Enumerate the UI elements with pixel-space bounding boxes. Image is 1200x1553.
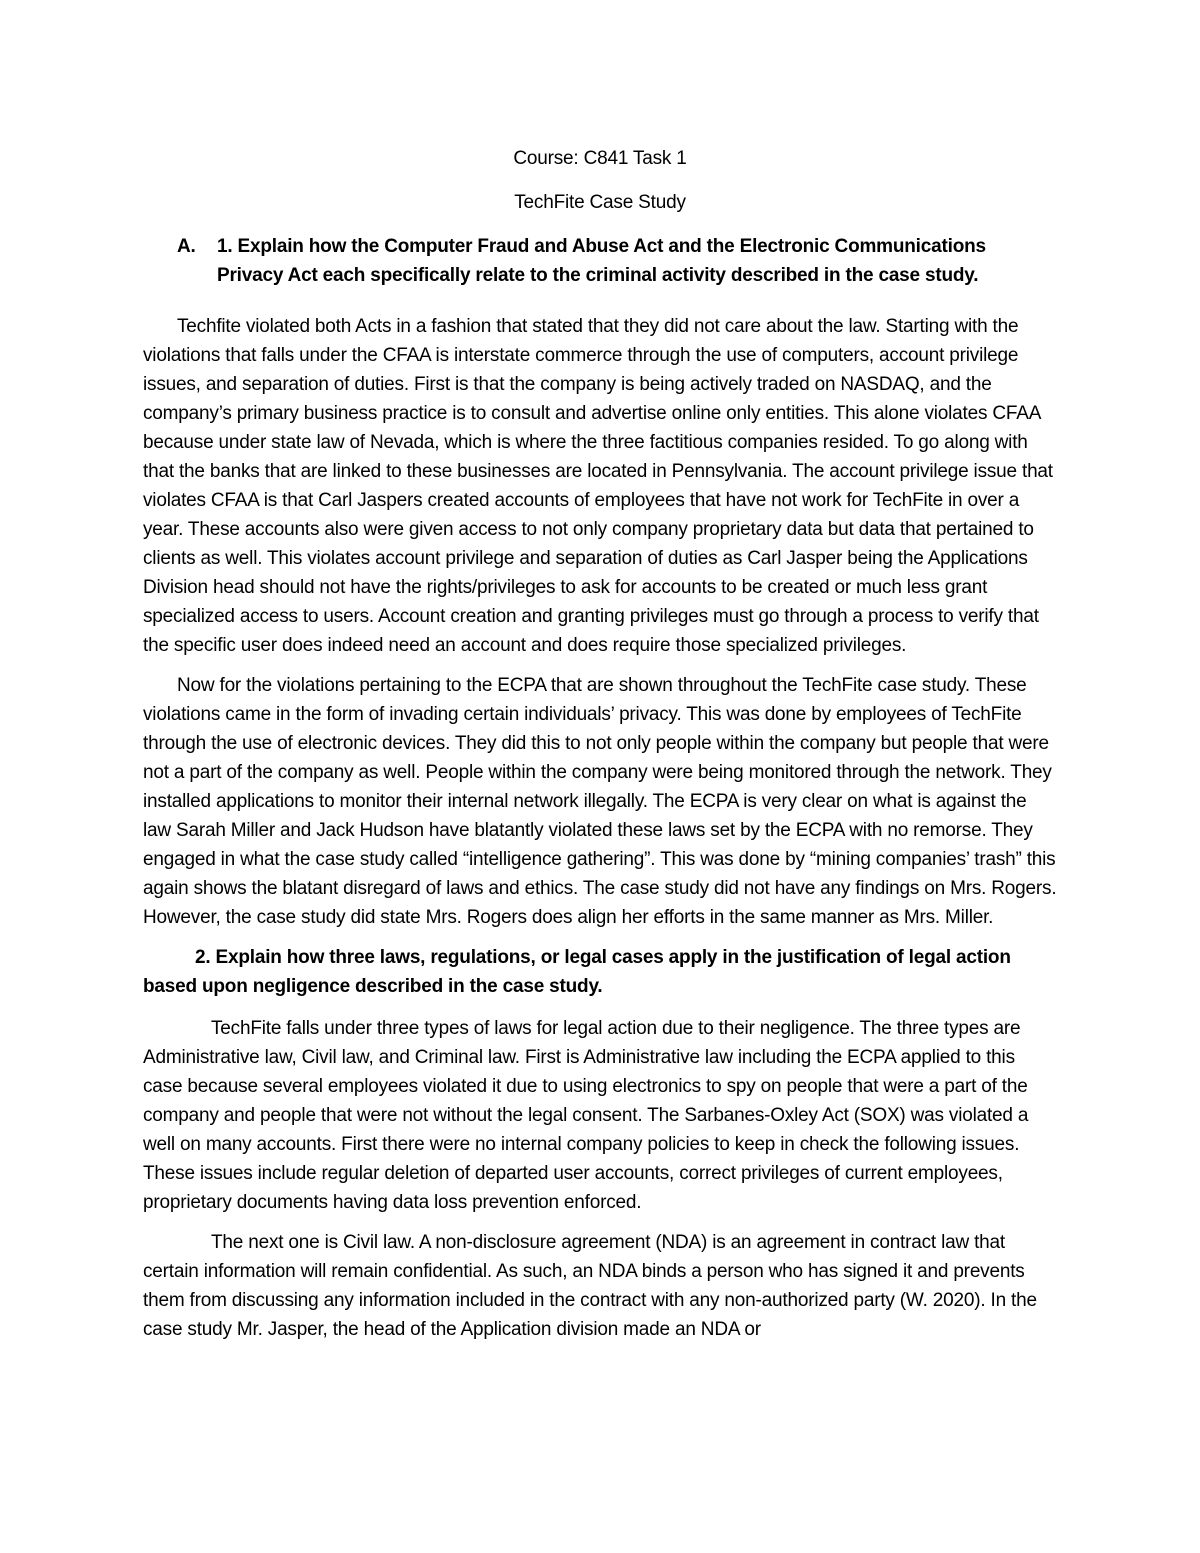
paragraph-ecpa-violations: Now for the violations pertaining to the… — [143, 671, 1057, 932]
section-a-list-marker: A. — [177, 232, 217, 290]
document-subtitle: TechFite Case Study — [143, 188, 1057, 217]
section-a-heading: A. 1. Explain how the Computer Fraud and… — [143, 232, 1057, 290]
paragraph-three-law-types: TechFite falls under three types of laws… — [143, 1014, 1057, 1217]
paragraph-cfaa-violations: Techfite violated both Acts in a fashion… — [143, 312, 1057, 660]
section-a-heading-text: 1. Explain how the Computer Fraud and Ab… — [217, 232, 1057, 290]
course-title: Course: C841 Task 1 — [143, 144, 1057, 173]
document-page: Course: C841 Task 1 TechFite Case Study … — [0, 0, 1200, 1553]
paragraph-civil-law-nda: The next one is Civil law. A non-disclos… — [143, 1228, 1057, 1344]
section-2-heading: 2. Explain how three laws, regulations, … — [143, 943, 1057, 1001]
